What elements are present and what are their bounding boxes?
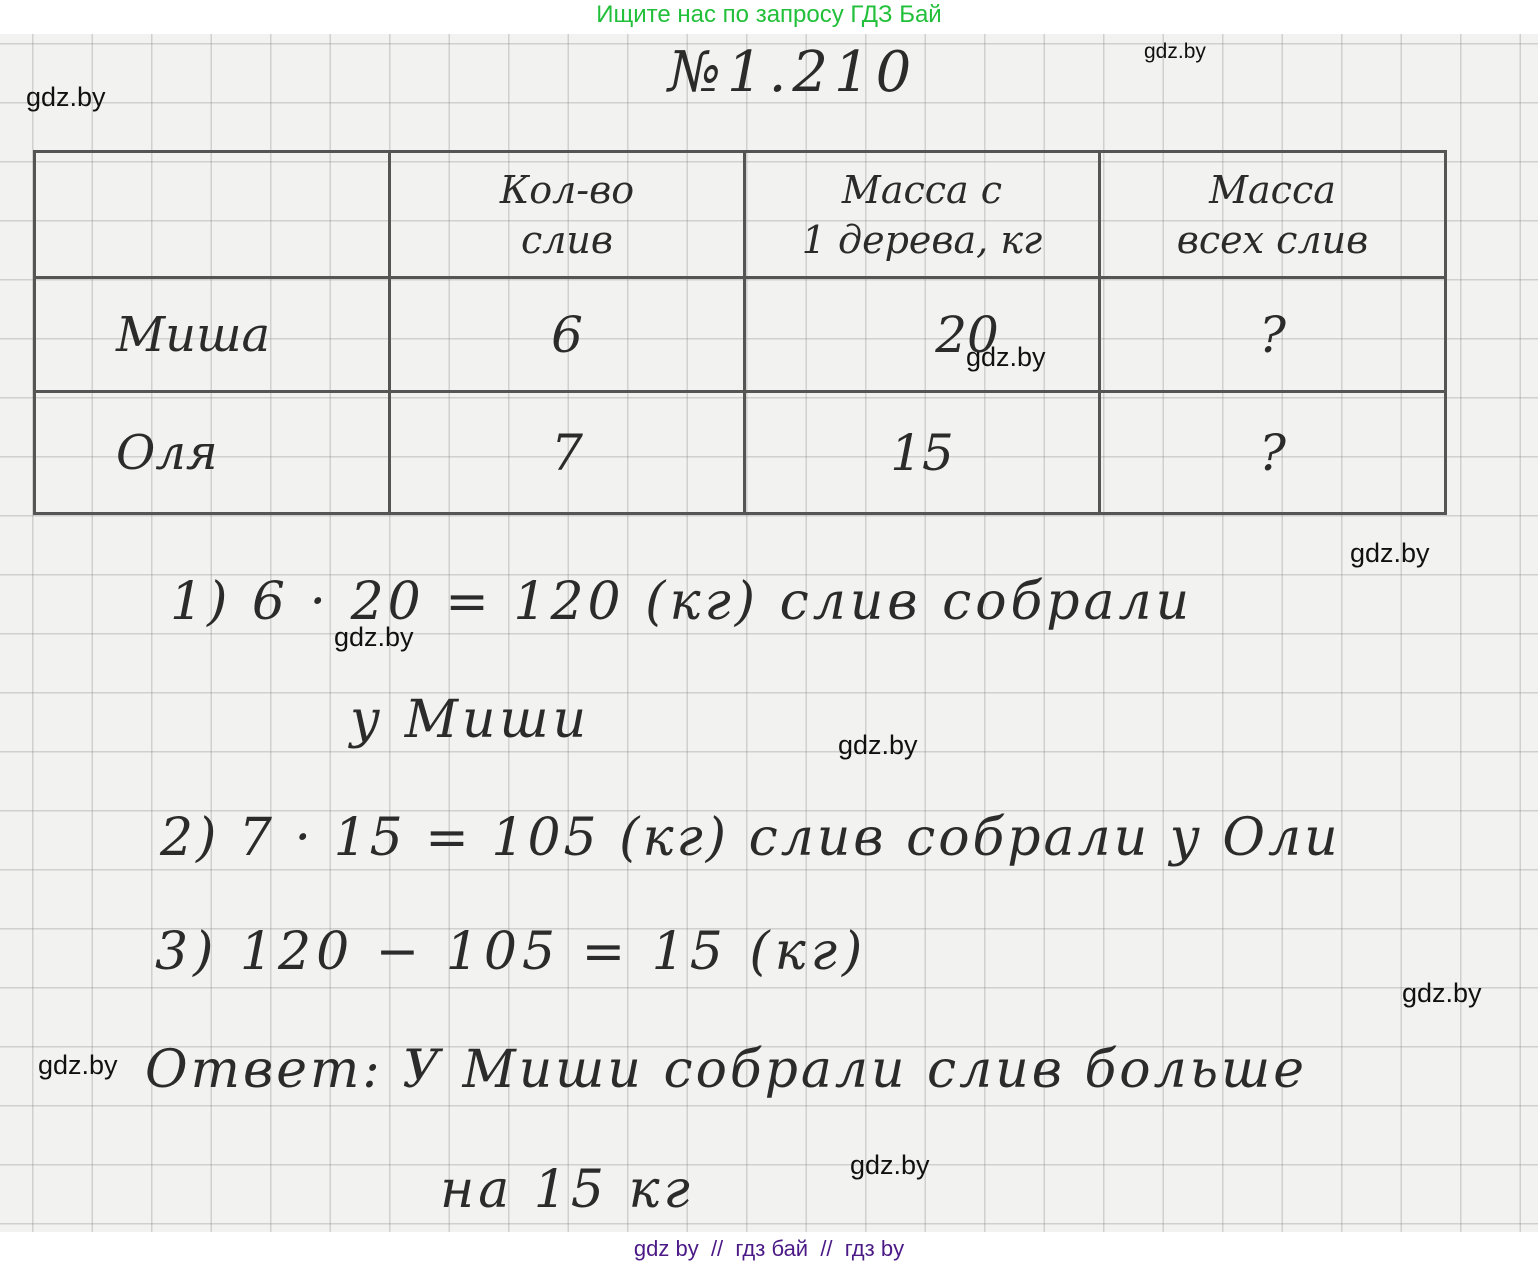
watermark: gdz.by	[334, 622, 414, 653]
bottom-banner-text: gdz by // гдз бай // гдз by	[634, 1236, 904, 1261]
watermark: gdz.by	[1144, 40, 1206, 64]
solution-step-1-continued: у Миши	[350, 690, 590, 750]
watermark: gdz.by	[838, 730, 918, 761]
answer-line-2: на 15 кг	[440, 1160, 694, 1220]
row-name: Миша	[35, 278, 390, 392]
row-total: ?	[1100, 278, 1446, 392]
solution-step-2: 2) 7 · 15 = 105 (кг) слив собрали у Оли	[160, 808, 1341, 868]
table-header-row: Кол-во слив Масса с 1 дерева, кг Масса в…	[35, 152, 1446, 278]
solution-step-3: 3) 120 − 105 = 15 (кг)	[155, 922, 867, 982]
watermark: gdz.by	[1350, 538, 1430, 569]
header-cell-count: Кол-во слив	[390, 152, 745, 278]
solution-step-1: 1) 6 · 20 = 120 (кг) слив собрали	[170, 572, 1193, 632]
watermark: gdz.by	[38, 1050, 118, 1081]
row-name: Оля	[35, 392, 390, 514]
problem-number: №1.210	[668, 40, 917, 105]
header-line: Кол-во	[391, 165, 743, 215]
header-line: Масса	[1101, 165, 1444, 215]
row-mass-per-tree: 20	[745, 278, 1100, 392]
row-mass-per-tree: 15	[745, 392, 1100, 514]
top-banner-text: Ищите нас по запросу ГДЗ Бай	[596, 1, 941, 28]
row-count: 7	[390, 392, 745, 514]
header-line: 1 дерева, кг	[746, 215, 1098, 265]
header-cell-total-mass: Масса всех слив	[1100, 152, 1446, 278]
table-row: Оля 7 15 ?	[35, 392, 1446, 514]
header-cell-mass-per-tree: Масса с 1 дерева, кг	[745, 152, 1100, 278]
watermark: gdz.by	[26, 82, 106, 113]
bottom-banner: gdz by // гдз бай // гдз by	[0, 1232, 1538, 1266]
data-table: Кол-во слив Масса с 1 дерева, кг Масса в…	[33, 150, 1447, 515]
answer-line-1: Ответ: У Миши собрали слив больше	[145, 1040, 1307, 1100]
header-line: слив	[391, 215, 743, 265]
watermark: gdz.by	[1402, 978, 1482, 1009]
watermark: gdz.by	[850, 1150, 930, 1181]
header-line: всех слив	[1101, 215, 1444, 265]
table-row: Миша 6 20 ?	[35, 278, 1446, 392]
header-line: Масса с	[746, 165, 1098, 215]
top-banner: Ищите нас по запросу ГДЗ Бай	[0, 0, 1538, 34]
header-cell-empty	[35, 152, 390, 278]
watermark: gdz.by	[966, 342, 1046, 373]
row-count: 6	[390, 278, 745, 392]
row-total: ?	[1100, 392, 1446, 514]
